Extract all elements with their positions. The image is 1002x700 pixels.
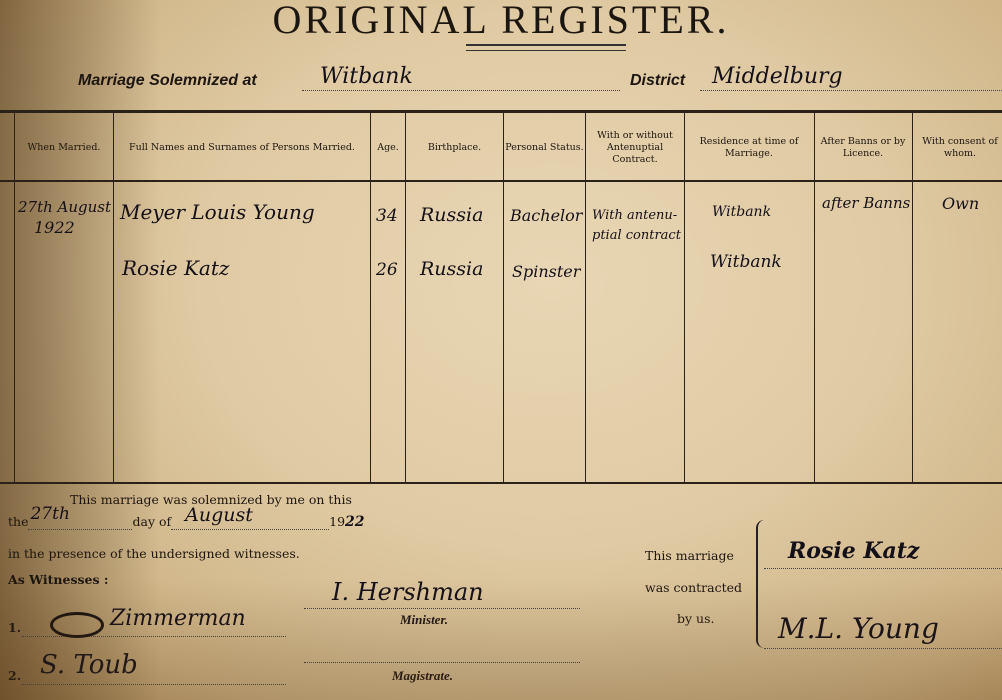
groom-age: 34: [376, 206, 398, 226]
table-top-rule: [0, 110, 1002, 113]
bride-signature: Rosie Katz: [788, 538, 919, 564]
witness-1-line: [22, 636, 286, 637]
year-value: 22: [345, 514, 364, 530]
column-header-antenuptial-contract: With or without Antenuptial Contract.: [590, 118, 680, 178]
page-shadow: [0, 0, 160, 700]
page-title: ORIGINAL REGISTER.: [0, 0, 1002, 43]
column-header-age: Age.: [371, 118, 405, 178]
groom-signature: M.L. Young: [778, 612, 939, 645]
signature-brace: [756, 520, 768, 648]
the-label: the: [8, 514, 28, 529]
column-header-personal-status: Personal Status.: [504, 118, 585, 178]
day-field: 27th: [28, 514, 132, 530]
contracted-line-1: This marriage: [645, 548, 734, 563]
column-divider: [585, 112, 586, 482]
title-underline: [466, 44, 626, 51]
bride-residence: Witbank: [710, 252, 782, 272]
solemnized-label: Marriage Solemnized at: [78, 72, 257, 90]
contracted-line-2: was contracted: [645, 580, 742, 595]
minister-signature: I. Hershman: [332, 578, 484, 606]
bride-birthplace: Russia: [420, 258, 483, 280]
bride-name: Rosie Katz: [122, 256, 229, 280]
bride-signature-line: [764, 568, 1002, 569]
groom-status: Bachelor: [510, 206, 582, 225]
consent-value: Own: [942, 194, 979, 213]
bride-status: Spinster: [512, 262, 580, 281]
groom-residence: Witbank: [712, 204, 771, 220]
minister-line: [304, 608, 580, 609]
district-dotted-line: [700, 90, 1002, 91]
witness-2-number: 2.: [8, 668, 21, 683]
district-label: District: [630, 72, 685, 90]
solemnized-dotted-line: [302, 90, 620, 91]
column-header-banns-licence: After Banns or by Licence.: [820, 118, 906, 178]
column-divider: [814, 112, 815, 482]
groom-signature-line: [764, 648, 1002, 649]
column-divider: [912, 112, 913, 482]
contract-line-1: With antenu-: [592, 208, 677, 223]
column-header-when-married: When Married.: [15, 118, 113, 178]
ink-flourish: [50, 612, 104, 638]
column-header-residence: Residence at time of Marriage.: [690, 118, 808, 178]
year-printed: 19: [329, 514, 345, 529]
month-field: August: [171, 514, 329, 530]
witnesses-statement: in the presence of the undersigned witne…: [8, 546, 300, 561]
column-divider: [684, 112, 685, 482]
bride-age: 26: [376, 260, 398, 280]
month-value: August: [185, 504, 253, 526]
witness-1-signature: Zimmerman: [110, 606, 246, 631]
banns-value: after Banns: [822, 194, 910, 212]
solemnized-place: Witbank: [320, 64, 413, 89]
witness-1-number: 1.: [8, 620, 21, 635]
magistrate-line: [304, 662, 580, 663]
witness-2-line: [22, 684, 286, 685]
table-bottom-rule: [0, 482, 1002, 484]
column-header-full-names: Full Names and Surnames of Persons Marri…: [114, 118, 370, 178]
contracted-line-3: by us.: [677, 611, 714, 626]
column-header-birthplace: Birthplace.: [406, 118, 503, 178]
groom-birthplace: Russia: [420, 204, 483, 226]
groom-name: Meyer Louis Young: [120, 200, 315, 224]
when-married-date: 27th August: [18, 198, 111, 216]
witnesses-label: As Witnesses :: [8, 572, 109, 587]
table-header-rule: [0, 180, 1002, 182]
when-married-year: 1922: [34, 218, 75, 237]
magistrate-label: Magistrate.: [392, 668, 453, 684]
contract-line-2: ptial contract: [592, 228, 681, 243]
day-of-label: day of: [132, 514, 171, 529]
district-value: Middelburg: [712, 64, 843, 89]
witness-2-signature: S. Toub: [40, 650, 138, 680]
minister-label: Minister.: [400, 612, 448, 628]
solemnized-date-line: the27th day ofAugust 1922: [8, 514, 365, 530]
day-value: 27th: [30, 504, 69, 524]
column-header-consent: With consent of whom.: [918, 118, 1002, 178]
